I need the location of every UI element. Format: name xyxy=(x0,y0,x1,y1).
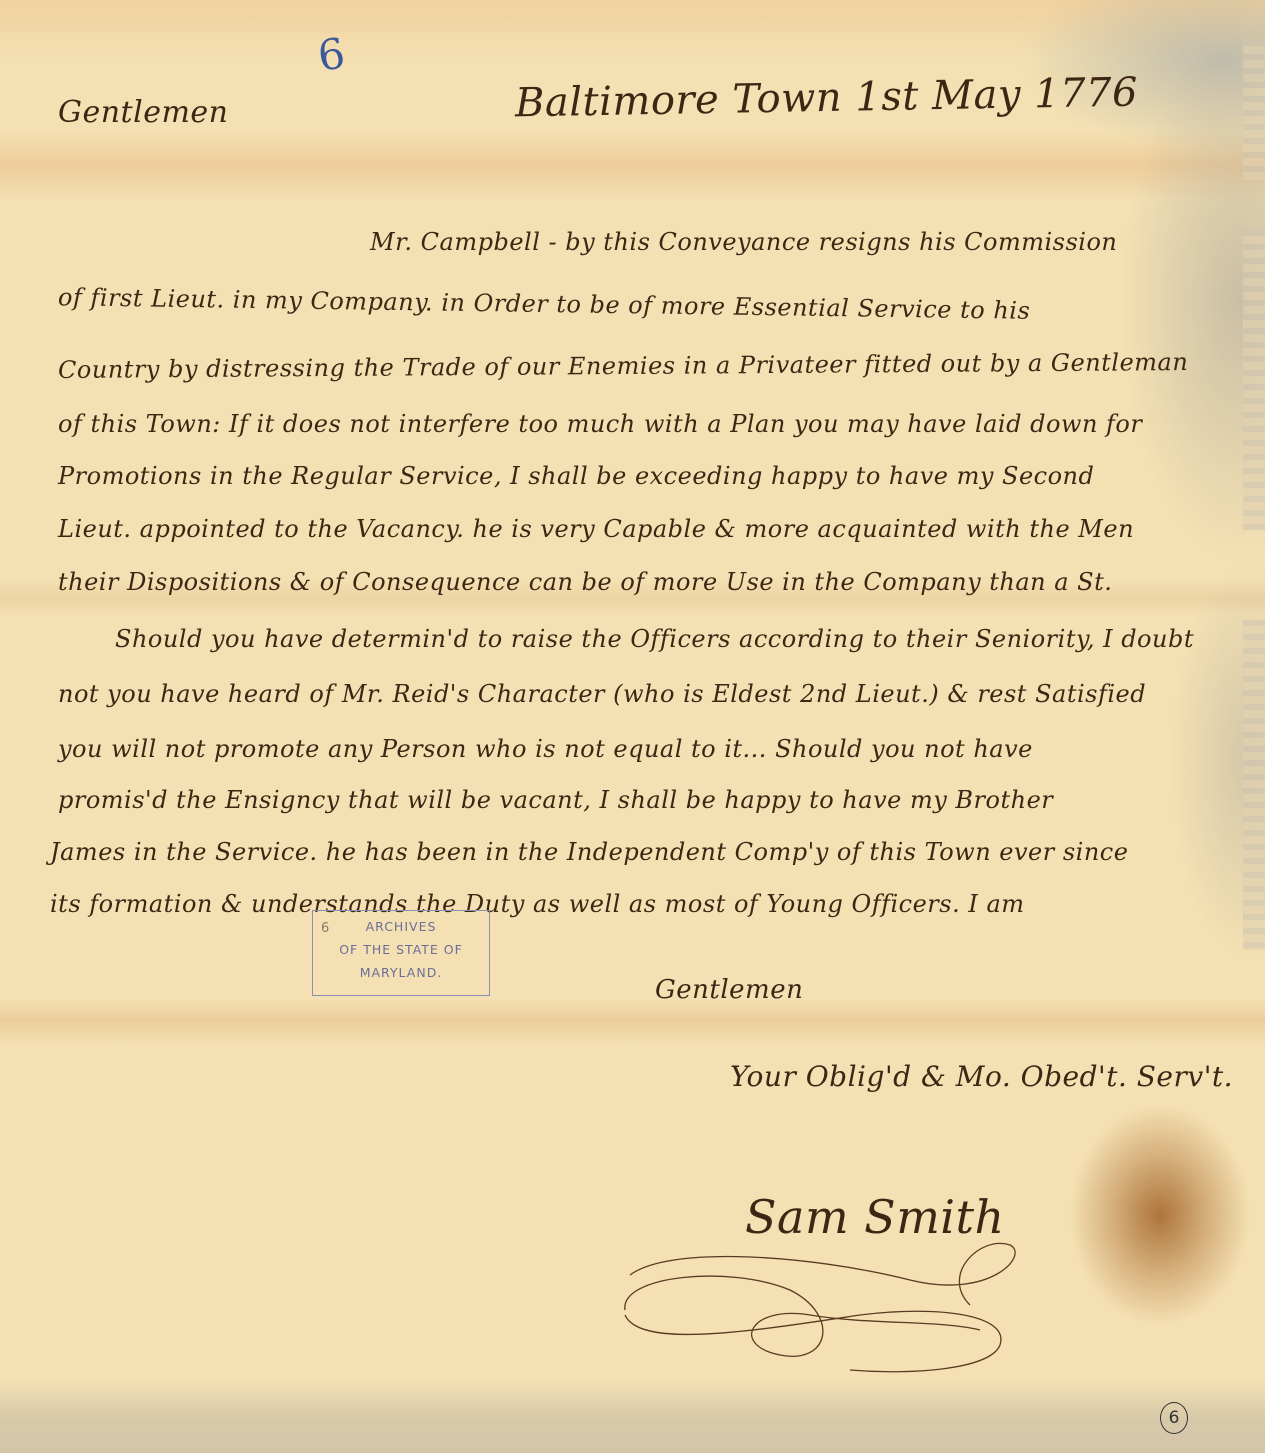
body-line: James in the Service. he has been in the… xyxy=(50,838,1128,866)
stamp-line: ARCHIVES xyxy=(313,915,489,938)
salutation: Gentlemen xyxy=(58,95,228,130)
dateline: Baltimore Town 1st May 1776 xyxy=(515,70,1139,127)
body-line: Lieut. appointed to the Vacancy. he is v… xyxy=(58,515,1134,543)
closing: Gentlemen xyxy=(655,975,803,1005)
page-number: 6 xyxy=(1160,1402,1188,1434)
folio-mark: 6 xyxy=(315,28,349,80)
stamp-number: 6 xyxy=(321,917,330,940)
body-line: of this Town: If it does not interfere t… xyxy=(58,410,1142,438)
body-line: their Dispositions & of Consequence can … xyxy=(58,568,1112,596)
stamp-line: MARYLAND. xyxy=(313,961,489,984)
body-line: Promotions in the Regular Service, I sha… xyxy=(58,462,1094,490)
body-line: Should you have determin'd to raise the … xyxy=(115,625,1194,653)
stamp-line: OF THE STATE OF xyxy=(313,938,489,961)
letter-page: 6 Gentlemen Baltimore Town 1st May 1776 … xyxy=(0,0,1265,1453)
body-line: its formation & understands the Duty as … xyxy=(50,890,1025,918)
body-line: promis'd the Ensigncy that will be vacan… xyxy=(58,786,1053,814)
body-line: Country by distressing the Trade of our … xyxy=(58,348,1188,384)
body-line: of first Lieut. in my Company. in Order … xyxy=(58,283,1031,325)
torn-edge-middle xyxy=(1243,230,1265,530)
torn-edge-lower xyxy=(1243,620,1265,950)
torn-edge-top xyxy=(1243,40,1265,180)
body-line: not you have heard of Mr. Reid's Charact… xyxy=(58,680,1146,708)
subscription: Your Oblig'd & Mo. Obed't. Serv't. xyxy=(730,1060,1233,1093)
body-line: you will not promote any Person who is n… xyxy=(58,735,1033,763)
archive-stamp: 6 ARCHIVES OF THE STATE OF MARYLAND. xyxy=(312,910,490,996)
body-line: Mr. Campbell - by this Conveyance resign… xyxy=(370,228,1117,256)
signature-flourish-icon xyxy=(610,1235,1030,1375)
